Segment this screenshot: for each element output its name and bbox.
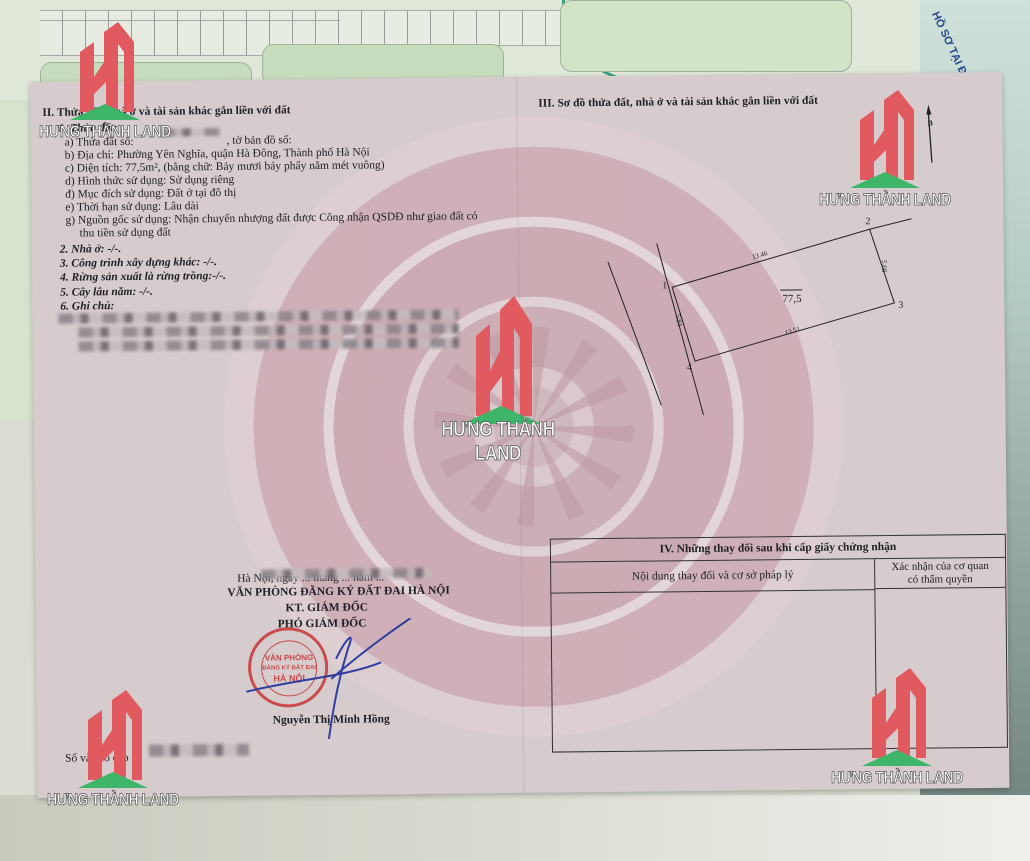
point-4-label: 4 (687, 361, 692, 375)
col-change-content-header: Nội dung thay đổi và cơ sở pháp lý (551, 559, 875, 593)
parcel-diagram (30, 72, 1006, 502)
edge-2-3-length: 5.68 (877, 260, 891, 272)
signature-scribble (236, 618, 417, 760)
point-1-label: 1 (662, 279, 667, 293)
issuing-office: VĂN PHÒNG ĐĂNG KÝ ĐẤT ĐAI HÀ NỘI (227, 584, 450, 600)
north-label: B (927, 117, 932, 131)
edge-4-1-length: 5.84 (671, 313, 687, 328)
col2-line2: có thẩm quyền (875, 573, 1005, 587)
col-authority-confirmation-header: Xác nhận của cơ quan có thẩm quyền (875, 558, 1005, 589)
registry-number-label: Số vào sổ cấp G (65, 751, 140, 766)
change-content-cell (551, 590, 877, 751)
land-certificate-page: II. Thửa đất, nhà ở và tài sản khác gắn … (30, 72, 1009, 798)
signer-name: Nguyễn Thị Minh Hồng (273, 712, 390, 727)
changes-table: IV. Những thay đổi sau khi cấp giấy chứn… (550, 534, 1008, 753)
point-2-label: 2 (865, 215, 870, 229)
col2-line1: Xác nhận của cơ quan (875, 560, 1005, 574)
point-3-label: 3 (898, 299, 903, 313)
on-behalf-of-director: KT. GIÁM ĐỐC (285, 600, 368, 615)
redacted-registry-number (149, 744, 249, 757)
parcel-area-label: 77,5 (782, 292, 801, 306)
redacted-date (261, 568, 431, 580)
background-table-surface (0, 795, 1030, 861)
